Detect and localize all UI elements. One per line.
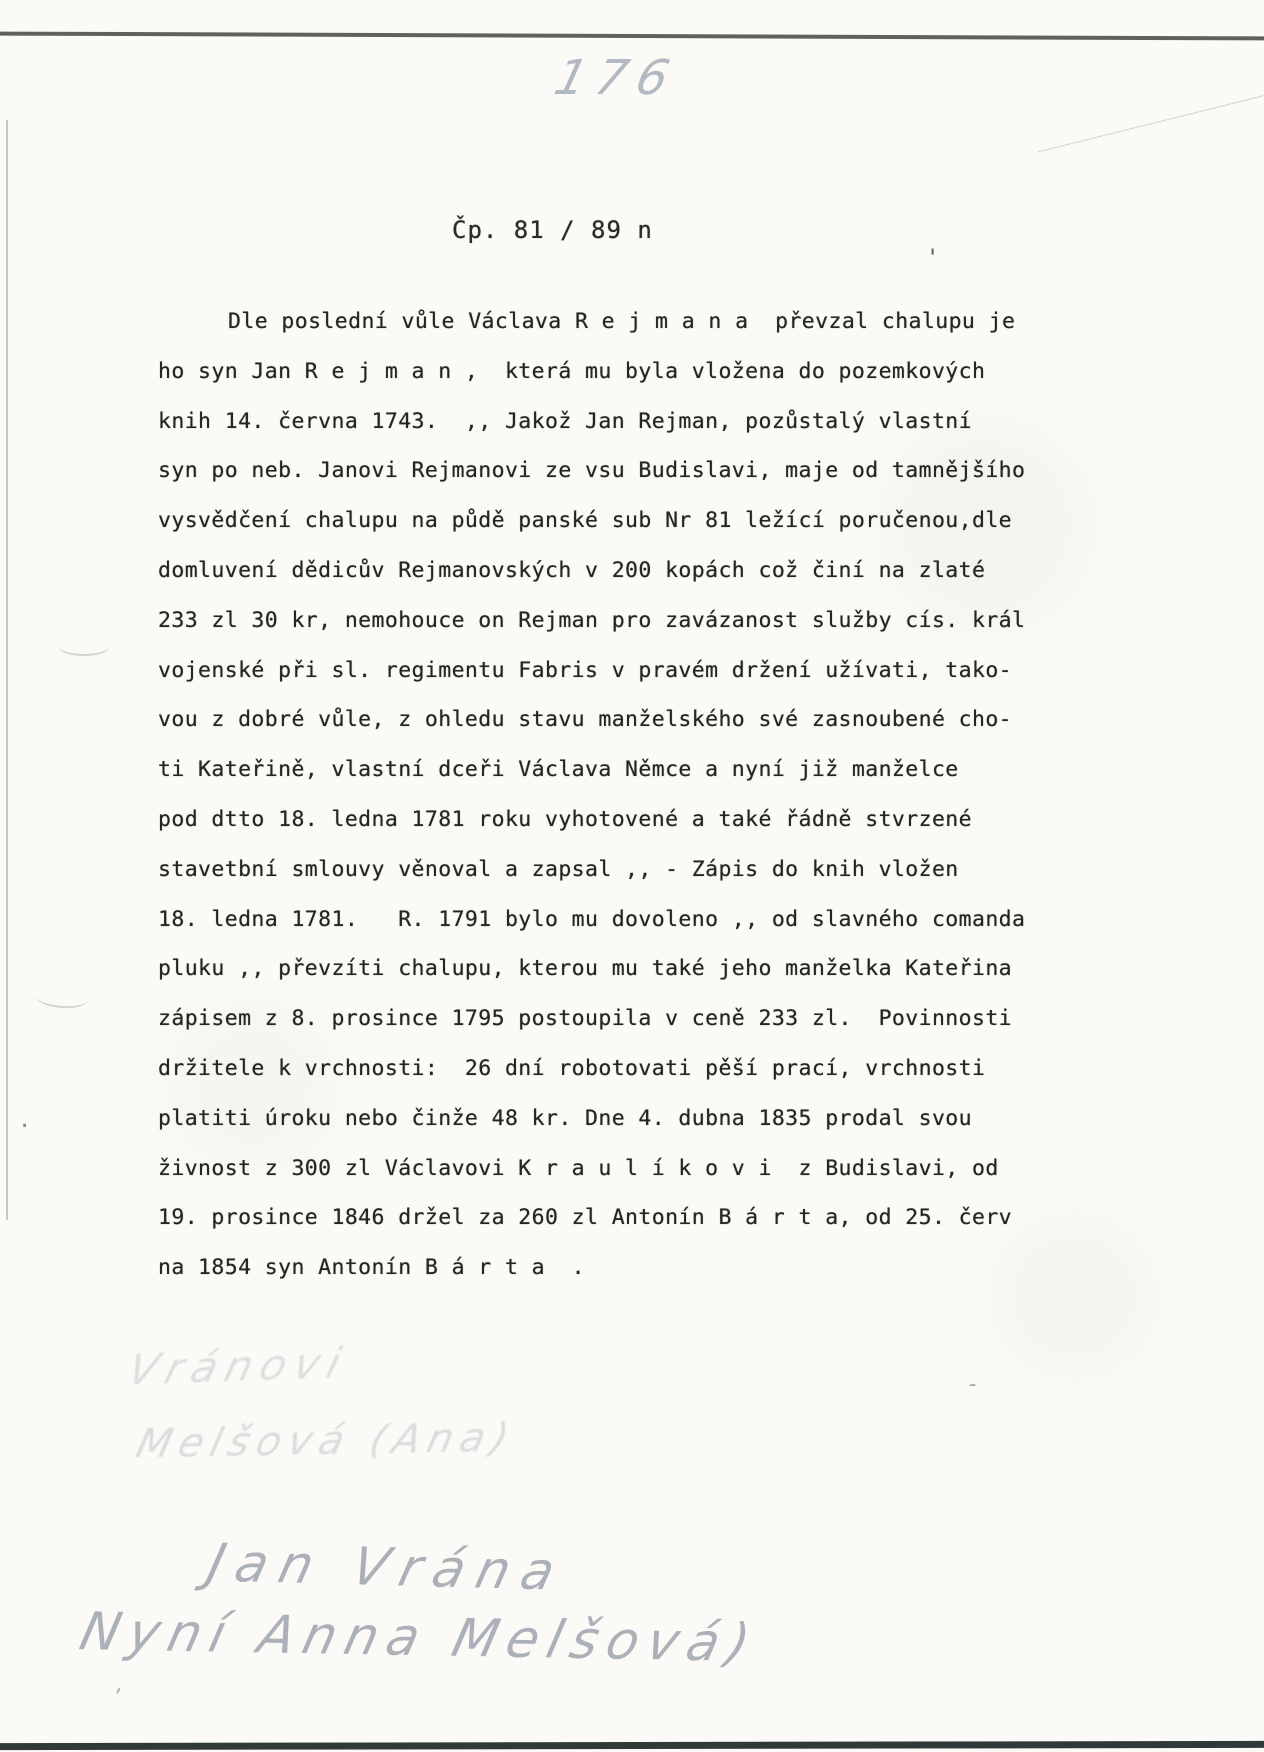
handwritten-note-owner: Jan Vrána <box>202 1533 573 1602</box>
body-line: domluvení dědicův Rejmanovských v 200 ko… <box>158 546 1058 596</box>
body-line: knih 14. června 1743. ,, Jakož Jan Rejma… <box>158 397 1058 447</box>
body-line: živnost z 300 zl Václavovi K r a u l í k… <box>158 1144 1058 1194</box>
document-title: Čp. 81 / 89 n <box>452 216 653 244</box>
scan-edge-bottom <box>0 1741 1264 1750</box>
body-line: držitele k vrchnosti: 26 dní robotovati … <box>158 1044 1058 1094</box>
body-line: na 1854 syn Antonín B á r t a . <box>158 1243 1058 1293</box>
body-line: vou z dobré vůle, z ohledu stavu manžels… <box>158 695 1058 745</box>
scanner-artifact-curve <box>58 636 110 656</box>
scanned-document-page: 176 Čp. 81 / 89 n Dle poslední vůle Václ… <box>0 0 1264 1752</box>
body-line: platiti úroku nebo činže 48 kr. Dne 4. d… <box>158 1094 1058 1144</box>
body-line: 19. prosince 1846 držel za 260 zl Antoní… <box>158 1193 1058 1243</box>
body-line: pluku ,, převzíti chalupu, kterou mu tak… <box>158 944 1058 994</box>
body-line: 233 zl 30 kr, nemohouce on Rejman pro za… <box>158 596 1058 646</box>
body-line: stavetbní smlouvy věnoval a zapsal ,, - … <box>158 845 1058 895</box>
stray-mark-apostrophe: ' <box>926 246 939 271</box>
body-line: vojenské při sl. regimentu Fabris v prav… <box>158 646 1058 696</box>
body-line: zápisem z 8. prosince 1795 postoupila v … <box>158 994 1058 1044</box>
body-line: Dle poslední vůle Václava R e j m a n a … <box>158 297 1058 347</box>
handwritten-note-faint-1: Vránovi <box>123 1338 354 1395</box>
body-line: pod dtto 18. ledna 1781 roku vyhotovené … <box>158 795 1058 845</box>
document-body-text: Dle poslední vůle Václava R e j m a n a … <box>158 297 1058 1293</box>
body-line: 18. ledna 1781. R. 1791 bylo mu dovoleno… <box>158 895 1058 945</box>
handwritten-note-faint-2: Melšová (Ana) <box>132 1415 520 1468</box>
paper-crease <box>1038 89 1264 153</box>
scan-edge-top <box>0 32 1264 41</box>
body-line: ti Kateřině, vlastní dceři Václava Němce… <box>158 745 1058 795</box>
stray-mark-dash: - <box>966 1372 979 1397</box>
stray-mark-dot: . <box>18 1108 31 1133</box>
stray-mark-comma: , <box>116 1672 123 1697</box>
body-line: syn po neb. Janovi Rejmanovi ze vsu Budi… <box>158 446 1058 496</box>
handwritten-page-number: 176 <box>549 50 685 106</box>
handwritten-note-current-owner: Nyní Anna Melšová) <box>74 1602 764 1674</box>
scan-edge-left <box>6 120 8 1220</box>
body-line: ho syn Jan R e j m a n , která mu byla v… <box>158 347 1058 397</box>
body-line: vysvědčení chalupu na půdě panské sub Nr… <box>158 496 1058 546</box>
scanner-artifact-curve <box>35 986 88 1010</box>
